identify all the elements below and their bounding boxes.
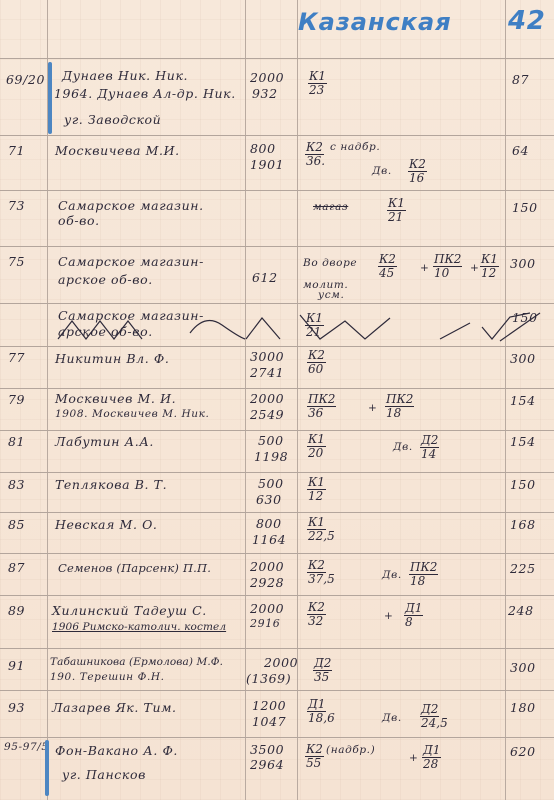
fraction-note: Д118,6 [307,698,336,725]
owner-name: об-во. [58,213,100,228]
note-prefix: Дв. [382,712,402,724]
value-bottom: 1198 [254,449,288,464]
note-prefix: + [409,752,418,764]
note-prefix: Дв. [382,569,402,581]
note-prefix: Дв. [393,441,413,453]
amount: 180 [510,700,536,715]
owner-name: Невская М. О. [55,517,158,532]
value-top: 800 [256,516,282,531]
fraction-note: К260 [307,349,326,376]
lot-number: 91 [8,658,25,673]
amount: 168 [510,517,536,532]
row-divider [0,737,554,738]
fraction-note: К123 [308,70,327,97]
owner-name: Фон-Вакано А. Ф. [55,743,178,758]
fraction-note: К255 [305,743,324,770]
lot-number: 87 [8,560,25,575]
amount: 248 [508,603,534,618]
fraction-note: Д128 [422,744,441,771]
value-bottom: 932 [252,86,278,101]
lot-number: 95-97/5 [4,741,49,753]
owner-name: Лазарев Як. Тим. [52,700,177,715]
owner-name: Москвичева М.И. [55,143,180,158]
amount: 150 [510,477,536,492]
cross-out-scribble [0,303,554,346]
column-divider [297,0,298,800]
fraction-note: К236. [305,141,326,168]
amount: 150 [512,200,538,215]
struck-note: магаз [313,201,348,213]
lot-number: 93 [8,700,25,715]
row-divider [0,472,554,473]
column-divider [505,0,506,800]
owner-name: 190. Терешин Ф.Н. [50,671,165,683]
fraction-note: Д235 [313,657,332,684]
note-prefix: + [470,262,479,274]
note-prefix: Во дворе [303,257,357,269]
value-top: 2000 [250,391,284,406]
row-divider [0,346,554,347]
value-top: 800 [250,141,276,156]
row-divider [0,430,554,431]
amount: 225 [510,561,536,576]
owner-note: уг. Пансков [62,767,146,782]
lot-number: 81 [8,434,25,449]
value-bottom: 1901 [250,157,284,172]
value-top: 500 [258,433,284,448]
owner-name: Хилинский Тадеуш С. [52,603,207,618]
value-top: 2000 [264,655,298,670]
fraction-note: К232 [307,601,326,628]
row-divider [0,648,554,649]
note-suffix: (надбр.) [326,744,375,756]
street-title: Казанская [298,8,452,36]
lot-number: 77 [8,350,25,365]
value-bottom: 2916 [250,617,280,630]
row-divider [0,58,554,59]
value-bottom: 2928 [250,575,284,590]
lot-number: 73 [8,198,25,213]
value-top: 3000 [250,349,284,364]
lot-number: 85 [8,517,25,532]
value-top: 612 [252,270,278,285]
amount: 300 [510,256,536,271]
fraction-note: К237,5 [307,559,336,586]
owner-name: 1964. Дунаев Ал-др. Ник. [54,86,236,101]
amount: 620 [510,744,536,759]
note-prefix: + [420,262,429,274]
owner-name: Никитин Вл. Ф. [55,351,169,366]
owner-name: Самарское магазин- [58,254,204,269]
fraction-note: ПК210 [433,253,462,280]
note-line: усм. [318,289,344,301]
value-bottom: 2741 [250,365,284,380]
amount: 87 [512,72,529,87]
owner-name: Москвичев М. И. [55,391,176,406]
owner-name: 1908. Москвичев М. Ник. [55,408,209,420]
value-top: 1200 [252,698,286,713]
fraction-note: К112 [480,253,499,280]
amount: 154 [510,393,536,408]
row-divider [0,388,554,389]
owner-note: уг. Заводской [64,112,161,127]
row-divider [0,595,554,596]
amount: 154 [510,434,536,449]
owner-name: Дунаев Ник. Ник. [62,68,188,83]
note-prefix: Дв. [372,165,392,177]
amount: 300 [510,660,536,675]
fraction-note: ПК218 [385,393,414,420]
owner-name: арское об-во. [58,272,153,287]
fraction-note: ПК218 [409,561,438,588]
fraction-note: К121 [387,197,406,224]
fraction-note: Д214 [420,434,439,461]
fraction-note: Д18 [404,602,423,629]
row-divider [0,512,554,513]
row-divider [0,135,554,136]
lot-number: 79 [8,392,25,407]
page-number: 42 [508,6,545,36]
amount: 300 [510,351,536,366]
amount: 64 [512,143,529,158]
row-divider [0,690,554,691]
value-top: 2000 [250,601,284,616]
value-bottom: 1164 [252,532,286,547]
lot-number: 83 [8,477,25,492]
value-bottom: (1369) [246,671,291,686]
fraction-note: ПК236 [307,393,336,420]
value-bottom: 630 [256,492,282,507]
fraction-note: Д224,5 [420,703,449,730]
note-prefix: + [368,402,377,414]
fraction-note: К245 [378,253,397,280]
fraction-note: К120 [307,433,326,460]
fraction-note: К216 [408,158,427,185]
value-top: 500 [258,476,284,491]
owner-name: Теплякова В. Т. [55,477,167,492]
row-divider [0,190,554,191]
fraction-note: К112 [307,476,326,503]
value-top: 3500 [250,742,284,757]
value-top: 2000 [250,559,284,574]
owner-name: Семенов (Парсенк) П.П. [58,561,211,575]
lot-number: 75 [8,254,25,269]
value-bottom: 2549 [250,407,284,422]
row-divider [0,246,554,247]
lot-number: 89 [8,603,25,618]
owner-name: Самарское магазин. [58,198,204,213]
owner-name: Лабутин А.А. [55,434,154,449]
owner-note: 1906 Римско-католич. костел [52,621,226,633]
fraction-note: К122,5 [307,516,336,543]
lot-number: 69/20 [6,72,45,87]
owner-name: Табашникова (Ермолова) М.Ф. [50,656,223,668]
blue-margin-mark [45,740,49,796]
value-bottom: 1047 [252,714,286,729]
value-bottom: 2964 [250,757,284,772]
row-divider [0,553,554,554]
lot-number: 71 [8,143,25,158]
note-prefix: + [384,610,393,622]
blue-margin-mark [48,62,52,134]
value-top: 2000 [250,70,284,85]
note-suffix: с надбр. [330,141,380,153]
